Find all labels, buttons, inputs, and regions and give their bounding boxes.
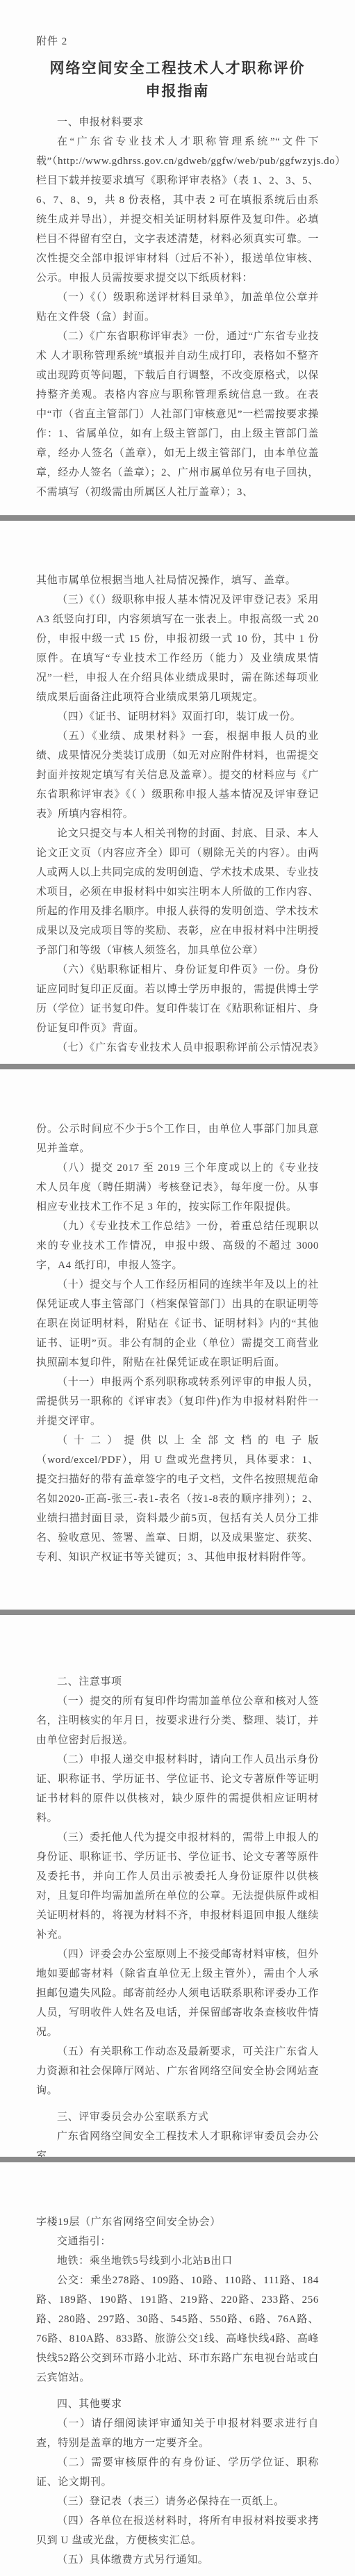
section-heading-2: 二、注意事项 [36,1672,319,1692]
traffic-guide-label: 交通指引： [36,2232,319,2251]
page-divider [0,1610,355,1615]
section-heading-4: 四、其他要求 [36,2395,319,2414]
paragraph: （四）评委会办公室原则上不接受邮寄材料审核，但外地如要邮寄材料（除省直单位无上级… [36,1945,319,2042]
paragraph: （三）《（）级职称申报人基本情况及评审登记表》采用 A3 纸竖向打印，内容须填写… [36,590,319,707]
page-divider [0,1064,355,1069]
paragraph: （六）《贴职称证相片、身份证复印件页》一份。身份证应同时复印正反面。若以博士学历… [36,960,319,1038]
page-4: 二、注意事项 （一）提交的所有复印件均需加盖单位公章和核对人签名，注明核实的年月… [0,1615,355,2157]
paragraph: （四）《证书、证明材料》双面打印，装订成一份。 [36,707,319,727]
paragraph: 论文只提交与本人相关刊物的封面、封底、目录、本人论文正文页（内容应齐全）即可（剔… [36,824,319,960]
doc-title-line2: 申报指南 [36,80,319,103]
page-divider [0,515,355,521]
paragraph: （九）《专业技术工作总结》一份，着重总结任现职以来的专业技术工作情况，申报中级、… [36,1217,319,1275]
paragraph: （二）需要审核原件的有身份证、学历学位证、职称证、论文期刊。 [36,2453,319,2492]
page-divider [0,2157,355,2162]
paragraph-continuation: 其他市属单位根据当地人社局情况操作，填写、盖章。 [36,571,319,590]
office-name: 广东省网络空间安全工程技术人才职称评审委员会办公室 [36,2127,319,2157]
doc-title-line1: 网络空间安全工程技术人才职称评价 [36,57,319,80]
paragraph: 在“广东省专业技术人才职称管理系统”“文件下载”（http://www.gdhr… [36,132,319,288]
page-1: 附件 2 网络空间安全工程技术人才职称评价 申报指南 一、申报材料要求 在“广东… [0,0,355,515]
bus-directions: 公交：乘坐278路、109路、10路、110路、111路、184路、189路、1… [36,2271,319,2388]
paragraph: （十）提交与个人工作经历相同的连续半年及以上的社保凭证或人事主管部门（档案保管部… [36,1275,319,1372]
paragraph: （七）《广东省专业技术人员申报职称评前公示情况表》一 [36,1038,319,1064]
paragraph: （一）《（）级职称送评材料目录单》，加盖单位公章并贴在文件袋（盒）封面。 [36,288,319,327]
paragraph: （三）登记表（表三）请务必保持在一页纸上。 [36,2492,319,2511]
paragraph: （一）提交的所有复印件均需加盖单位公章和核对人签名，注明核实的年月日，按要求进行… [36,1692,319,1750]
metro-directions: 地铁：乘坐地铁5号线到小北站B出口 [36,2251,319,2271]
paragraph: （十二）提供以上全部文档的电子版（word/excel/PDF），用 U 盘或光… [36,1431,319,1567]
paragraph: （三）委托他人代为提交申报材料的，需带上申报人的身份证、职称证书、学历证书、学位… [36,1828,319,1945]
paragraph: （五）有关职称工作动态及最新要求，可关注广东省人力资源和社会保障厅网站、广东省网… [36,2042,319,2100]
paragraph: （五）《业绩、成果材料》一套，根据申报人员的业绩、成果情况分类装订成册（如无对应… [36,727,319,824]
doc-title: 网络空间安全工程技术人才职称评价 申报指南 [36,57,319,103]
attachment-label: 附件 2 [36,32,319,51]
page-2: 其他市属单位根据当地人社局情况操作，填写、盖章。 （三）《（）级职称申报人基本情… [0,521,355,1064]
paragraph: （八）提交 2017 至 2019 三个年度或以上的《专业技术人员年度（聘任期满… [36,1158,319,1217]
paragraph: （一）请仔细阅读评审通知关于申报材料要求进行自查，特别是盖章的地方一定要齐全。 [36,2414,319,2453]
paragraph: （五）具体缴费方式另行通知。 [36,2550,319,2570]
document-viewer: 附件 2 网络空间安全工程技术人才职称评价 申报指南 一、申报材料要求 在“广东… [0,0,355,2576]
section-heading-1: 一、申报材料要求 [36,113,319,132]
paragraph: （四）各单位在报送材料时，将所有申报材料按要求拷贝到 U 盘或光盘，方便核实汇总… [36,2511,319,2550]
paragraph: （二）《广东省职称评审表》一份，通过“广东省专业技术 人才职称管理系统”填报并自… [36,327,319,502]
page-3: 份。公示时间应不少于5个工作日，由单位人事部门加具意见并盖章。 （八）提交 20… [0,1069,355,1610]
paragraph: （十一）申报两个系列职称或转系列评审的申报人员，需提供另一职称的《评审表》（复印… [36,1372,319,1431]
page-5: 字楼19层（广东省网络空间安全协会） 交通指引： 地铁：乘坐地铁5号线到小北站B… [0,2162,355,2576]
paragraph-continuation: 份。公示时间应不少于5个工作日，由单位人事部门加具意见并盖章。 [36,1119,319,1158]
section-heading-3: 三、评审委员会办公室联系方式 [36,2107,319,2127]
contact-address-continuation: 字楼19层（广东省网络空间安全协会） [36,2212,319,2232]
paragraph: （二）申报人递交申报材料时，请向工作人员出示身份证、职称证书、学历证书、学位证书… [36,1750,319,1828]
